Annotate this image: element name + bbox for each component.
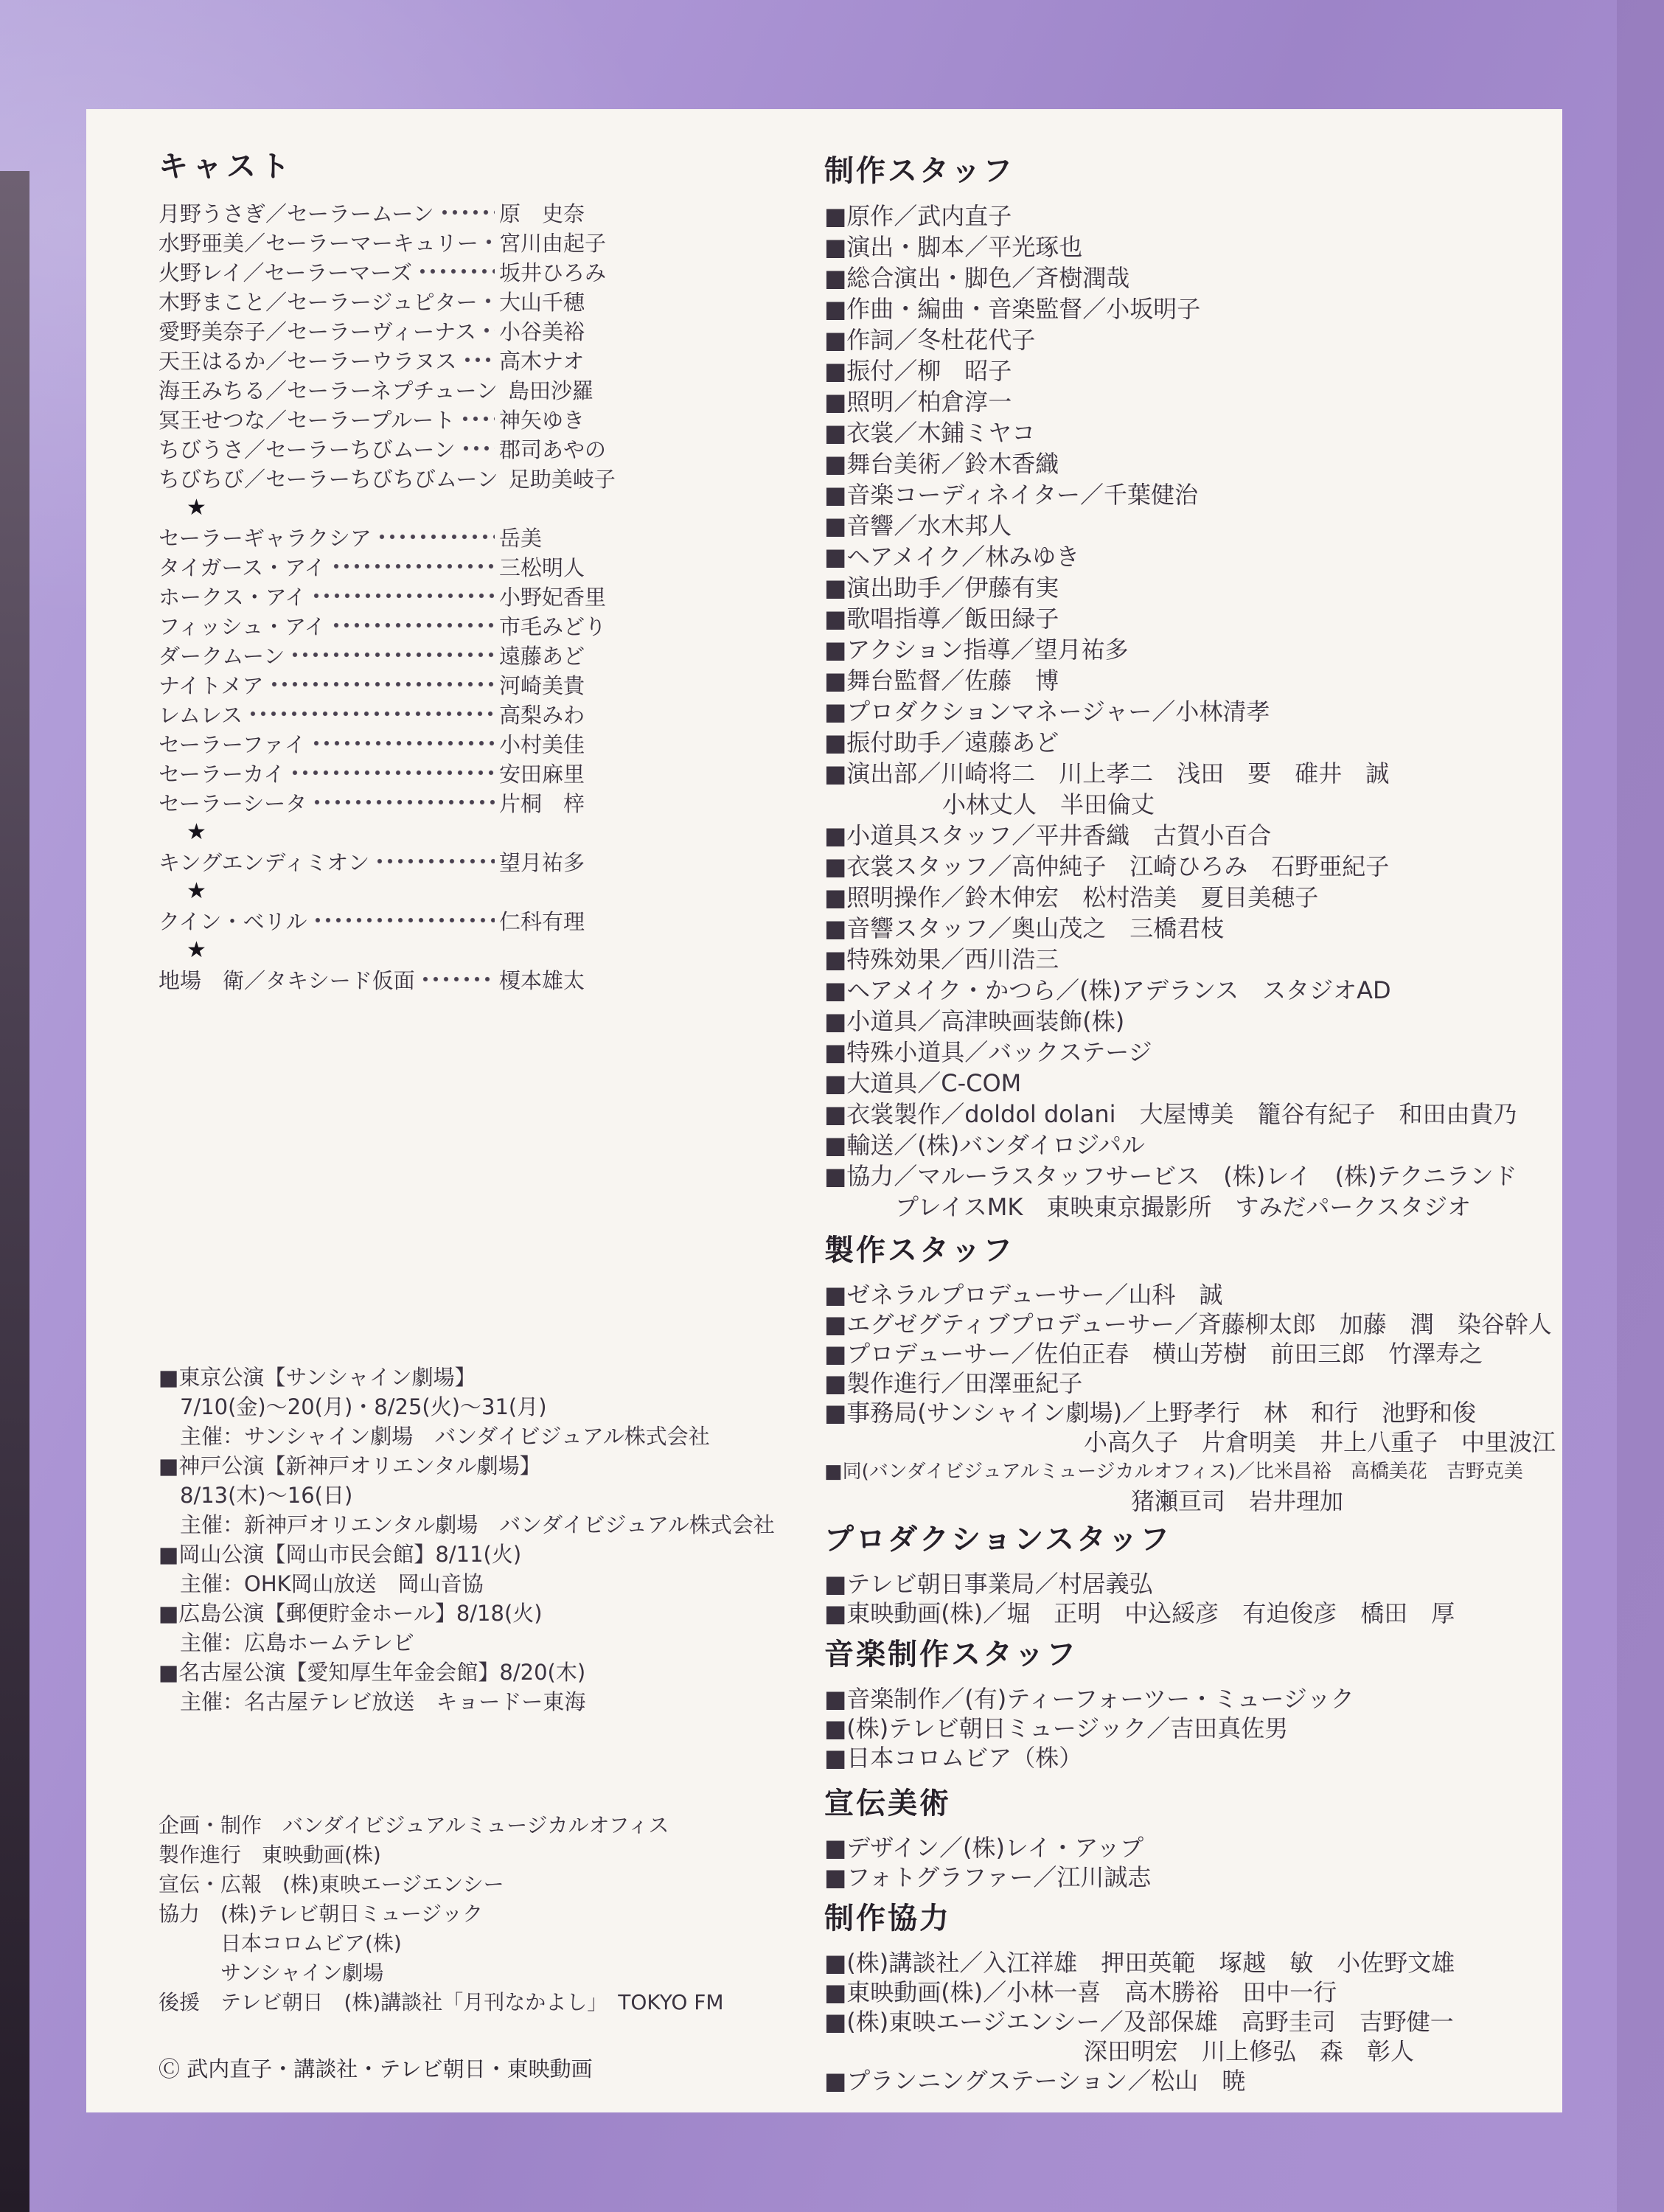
dot-leader [248,709,495,718]
cast-role: セーラーシータ [159,787,307,818]
text-line: 協力 (株)テレビ朝日ミュージック [159,1899,822,1929]
text-line: ■製作進行／田澤亜紀子 [824,1368,1573,1398]
text-line: ■舞台美術／鈴木香織 [824,448,1573,479]
text-line: ■振付／柳 昭子 [824,355,1573,386]
cast-row: ホークス・アイ小野妃香里 [159,581,651,611]
dot-leader [377,532,495,541]
star-separator: ★ [159,935,651,964]
text-line: ■プロダクションマネージャー／小林清孝 [824,696,1573,727]
cast-actor-name: 神矢ゆき [499,404,651,434]
cast-role: ダークムーン [159,640,285,670]
text-line: 日本コロムビア(株) [159,1929,822,1958]
cast-row: ちびちび／セーラーちびちびムーン足助美岐子 [159,463,651,493]
cast-actor-name: 小野妃香里 [499,581,651,611]
text-line: サンシャイン劇場 [159,1958,822,1988]
cast-row: ナイトメア河崎美貴 [159,669,651,699]
section-production-cooperation: 制作協力 ■(株)講談社／入江祥雄 押田英範 塚越 敏 小佐野文雄■東映動画(株… [824,1904,1573,2096]
section-lines: ■音楽制作／(有)ティーフォーツー・ミュージック■(株)テレビ朝日ミュージック／… [824,1684,1573,1773]
text-line: ■原作／武内直子 [824,201,1573,232]
cast-role: セーラーギャラクシア [159,522,372,552]
cast-actor-name: 宮川由起子 [499,227,651,257]
text-line: ■岡山公演【岡山市民会館】8/11(火) [159,1540,822,1569]
cast-actor-name: 郡司あやの [499,434,651,464]
performances-section: ■東京公演【サンシャイン劇場】 7/10(金)〜20(月)・8/25(火)〜31… [159,1363,822,1717]
dot-leader [484,237,495,246]
cast-actor-name: 三松明人 [499,552,651,582]
section-producing-staff: 製作スタッフ ■ゼネラルプロデューサー／山科 誠■エグゼグティブプロデューサー／… [824,1236,1573,1516]
text-line: ■協力／マルーラスタッフサービス (株)レイ (株)テクニランド [824,1161,1573,1192]
text-line: ■(株)講談社／入江祥雄 押田英範 塚越 敏 小佐野文雄 [824,1948,1573,1978]
cast-role: ナイトメア [159,669,264,700]
text-line: ■神戸公演【新神戸オリエンタル劇場】 [159,1451,822,1481]
text-line: ■(株)東映エージエンシー／及部保雄 高野圭司 吉野健一 [824,2007,1573,2037]
cast-row: クイン・ベリル仁科有理 [159,905,651,935]
text-line: ■プロデューサー／佐伯正春 横山芳樹 前田三郎 竹澤寿之 [824,1339,1573,1368]
section-title: 宣伝美術 [824,1789,1573,1818]
text-line: ■東映動画(株)／小林一喜 高木勝裕 田中一行 [824,1978,1573,2007]
text-line: ■小道具／高津映画装飾(株) [824,1006,1573,1037]
section-music-staff: 音楽制作スタッフ ■音楽制作／(有)ティーフォーツー・ミュージック■(株)テレビ… [824,1640,1573,1773]
text-line: ■舞台監督／佐藤 博 [824,665,1573,696]
text-line: 小高久子 片倉明美 井上八重子 中里波江 [824,1427,1573,1457]
cast-actor-name: 榎本雄太 [499,964,651,995]
text-line: ■輸送／(株)バンダイロジパル [824,1130,1573,1161]
cast-actor-name: 仁科有理 [499,905,651,936]
text-line: ■テレビ朝日事業局／村居義弘 [824,1569,1573,1599]
cast-role: ホークス・アイ [159,581,306,611]
production-credits-section: 企画・制作 バンダイビジュアルミュージカルオフィス製作進行 東映動画(株)宣伝・… [159,1811,822,2017]
dot-leader [270,680,495,689]
cast-role: 愛野美奈子／セーラーヴィーナス [159,316,476,346]
section-lines: ■(株)講談社／入江祥雄 押田英範 塚越 敏 小佐野文雄■東映動画(株)／小林一… [824,1948,1573,2096]
section-title: 制作協力 [824,1904,1573,1933]
cast-row: セーラーギャラクシア岳美 [159,522,651,552]
text-line: ■衣裳製作／doldol dolani 大屋博美 籠谷有紀子 和田由貴乃 [824,1099,1573,1130]
cast-row: 月野うさぎ／セーラームーン原 史奈 [159,198,651,227]
text-line: 製作進行 東映動画(株) [159,1840,822,1870]
text-line: ■総合演出・脚色／斉樹潤哉 [824,262,1573,293]
dot-leader [462,444,495,453]
right-shade-strip [1617,0,1664,2212]
cast-role: ちびうさ／セーラーちびムーン [159,434,456,464]
cast-section: キャスト 月野うさぎ／セーラームーン原 史奈水野亜美／セーラーマーキュリー宮川由… [159,152,651,994]
cast-list: 月野うさぎ／セーラームーン原 史奈水野亜美／セーラーマーキュリー宮川由起子火野レ… [159,198,651,994]
text-line: ■衣裳／木鋪ミヤコ [824,417,1573,448]
cast-row: セーラーファイ小村美佳 [159,728,651,758]
dot-leader [332,562,495,571]
section-lines: ■原作／武内直子■演出・脚本／平光琢也■総合演出・脚色／斉樹潤哉■作曲・編曲・音… [824,201,1573,1222]
cast-actor-name: 島田沙羅 [508,375,651,405]
dot-leader [461,414,495,423]
copyright-line: Ⓒ 武内直子・講談社・テレビ朝日・東映動画 [159,2053,822,2083]
dot-leader [290,768,495,777]
text-line: 主催：OHK岡山放送 岡山音協 [159,1569,822,1599]
text-line: ■音響スタッフ／奥山茂之 三橋君枝 [824,913,1573,944]
cast-row: フィッシュ・アイ市毛みどり [159,611,651,640]
text-line: 猪瀬亘司 岩井理加 [824,1486,1573,1516]
cast-title: キャスト [159,152,651,181]
text-line: ■ヘアメイク／林みゆき [824,541,1573,572]
cast-row: 火野レイ／セーラーマーズ坂井ひろみ [159,257,651,286]
star-separator: ★ [159,493,651,522]
dot-leader [312,739,495,748]
cast-role: セーラーファイ [159,728,306,759]
cast-row: セーラーカイ安田麻里 [159,758,651,787]
cast-role: キングエンディミオン [159,846,369,877]
cast-actor-name: 安田麻里 [499,758,651,788]
star-separator: ★ [159,817,651,846]
text-line: ■広島公演【郵便貯金ホール】8/18(火) [159,1599,822,1628]
text-line: ■歌唱指導／飯田緑子 [824,603,1573,634]
text-line: 主催：サンシャイン劇場 バンダイビジュアル株式会社 [159,1422,822,1451]
cast-role: 海王みちる／セーラーネプチューン [159,375,498,405]
cast-role: セーラーカイ [159,758,285,788]
cast-actor-name: 小村美佳 [499,728,651,759]
cast-role: 火野レイ／セーラーマーズ [159,257,412,287]
text-line: ■振付助手／遠藤あど [824,727,1573,758]
text-line: ■音楽コーディネイター／千葉健治 [824,479,1573,510]
cast-role: 木野まこと／セーラージュピター [159,286,478,316]
cast-row: ちびうさ／セーラーちびムーン郡司あやの [159,434,651,463]
section-production-company-staff: プロダクションスタッフ ■テレビ朝日事業局／村居義弘■東映動画(株)／堀 正明 … [824,1525,1573,1628]
text-line: ■演出・脚本／平光琢也 [824,232,1573,262]
text-line: 7/10(金)〜20(月)・8/25(火)〜31(月) [159,1392,822,1422]
cast-row: 愛野美奈子／セーラーヴィーナス小谷美裕 [159,316,651,345]
cast-actor-name: 望月祐多 [499,846,651,877]
text-line: ■プランニングステーション／松山 暁 [824,2066,1573,2096]
section-title: 製作スタッフ [824,1236,1573,1265]
text-line: ■特殊効果／西川浩三 [824,944,1573,975]
text-line: 深田明宏 川上修弘 森 彰人 [824,2037,1573,2066]
text-line: ■ヘアメイク・かつら／(株)アデランス スタジオAD [824,975,1573,1006]
dot-leader [421,975,495,984]
text-line: 企画・制作 バンダイビジュアルミュージカルオフィス [159,1811,822,1840]
section-lines: ■デザイン／(株)レイ・アップ■フォトグラファー／江川誠志 [824,1833,1573,1892]
cast-role: ちびちび／セーラーちびちびムーン [159,463,498,493]
cast-role: 冥王せつな／セーラープルート [159,404,455,434]
text-line: 8/13(木)〜16(日) [159,1481,822,1510]
dot-leader [484,296,495,305]
white-page: キャスト 月野うさぎ／セーラームーン原 史奈水野亜美／セーラーマーキュリー宮川由… [86,109,1562,2112]
cast-actor-name: 足助美岐子 [509,463,651,493]
text-line: 主催：広島ホームテレビ [159,1628,822,1658]
cast-actor-name: 市毛みどり [499,611,651,641]
cast-row: キングエンディミオン望月祐多 [159,846,651,876]
program-credits-page: キャスト 月野うさぎ／セーラームーン原 史奈水野亜美／セーラーマーキュリー宮川由… [0,0,1664,2212]
text-line: ■演出部／川崎将二 川上孝二 浅田 要 碓井 誠 [824,758,1573,789]
cast-row: 地場 衛／タキシード仮面榎本雄太 [159,964,651,994]
section-production-staff: 制作スタッフ ■原作／武内直子■演出・脚本／平光琢也■総合演出・脚色／斉樹潤哉■… [824,156,1573,1222]
section-title: 音楽制作スタッフ [824,1640,1573,1669]
text-line: ■作曲・編曲・音楽監督／小坂明子 [824,293,1573,324]
text-line: ■(株)テレビ朝日ミュージック／吉田真佐男 [824,1714,1573,1743]
star-separator: ★ [159,876,651,905]
cast-role: タイガース・アイ [159,552,326,582]
text-line: ■作詞／冬杜花代子 [824,324,1573,355]
dot-leader [290,650,495,659]
text-line: ■小道具スタッフ／平井香織 古賀小百合 [824,820,1573,851]
cast-row: タイガース・アイ三松明人 [159,552,651,581]
text-line: 主催：新神戸オリエンタル劇場 バンダイビジュアル株式会社 [159,1510,822,1540]
text-line: ■ゼネラルプロデューサー／山科 誠 [824,1280,1573,1310]
text-line: ■音響／水木邦人 [824,510,1573,541]
cast-row: レムレス高梨みわ [159,699,651,728]
text-line: ■特殊小道具／バックステージ [824,1037,1573,1068]
cast-role: 月野うさぎ／セーラームーン [159,198,434,228]
cast-actor-name: 原 史奈 [499,198,651,228]
dot-leader [312,591,495,600]
text-line: ■音楽制作／(有)ティーフォーツー・ミュージック [824,1684,1573,1714]
dot-leader [482,326,495,335]
cast-role: クイン・ベリル [159,905,307,936]
section-advertising-art: 宣伝美術 ■デザイン／(株)レイ・アップ■フォトグラファー／江川誠志 [824,1789,1573,1892]
cast-actor-name: 遠藤あど [499,640,651,670]
cast-actor-name: 河崎美貴 [499,669,651,700]
text-line: ■東映動画(株)／堀 正明 中込綏彦 有迫俊彦 橋田 厚 [824,1599,1573,1628]
text-line: ■照明操作／鈴木伸宏 松村浩美 夏目美穂子 [824,882,1573,913]
cast-row: 冥王せつな／セーラープルート神矢ゆき [159,404,651,434]
section-lines: ■テレビ朝日事業局／村居義弘■東映動画(株)／堀 正明 中込綏彦 有迫俊彦 橋田… [824,1569,1573,1628]
cast-row: セーラーシータ片桐 梓 [159,787,651,817]
text-line: ■演出助手／伊藤有実 [824,572,1573,603]
dot-leader [418,267,495,276]
text-line: ■大道具／C-COM [824,1068,1573,1099]
text-line: 宣伝・広報 (株)東映エージエンシー [159,1870,822,1899]
text-line: プレイスMK 東映東京撮影所 すみだパークスタジオ [824,1192,1573,1222]
cast-actor-name: 岳美 [499,522,651,552]
text-line: 主催：名古屋テレビ放送 キョードー東海 [159,1687,822,1717]
section-lines: ■ゼネラルプロデューサー／山科 誠■エグゼグティブプロデューサー／斉藤柳太郎 加… [824,1280,1573,1516]
cast-row: ダークムーン遠藤あど [159,640,651,669]
cast-actor-name: 高木ナオ [499,345,651,375]
cast-role: レムレス [159,699,243,729]
text-line: ■エグゼグティブプロデューサー／斉藤柳太郎 加藤 潤 染谷幹人 [824,1310,1573,1339]
text-line: ■同(バンダイビジュアルミュージカルオフィス)／比米昌裕 高橋美花 吉野克美 [824,1457,1573,1486]
text-line: 後援 テレビ朝日 (株)講談社「月刊なかよし」 TOKYO FM [159,1988,822,2017]
text-line: ■フォトグラファー／江川誠志 [824,1863,1573,1892]
dot-leader [313,798,495,807]
cast-role: 天王はるか／セーラーウラヌス [159,345,457,375]
text-line: ■アクション指導／望月祐多 [824,634,1573,665]
dot-leader [313,916,495,925]
text-line: ■日本コロムビア（株） [824,1743,1573,1773]
dot-leader [375,857,495,866]
text-line: ■衣裳スタッフ／高仲純子 江崎ひろみ 石野亜紀子 [824,851,1573,882]
cast-actor-name: 片桐 梓 [499,787,651,818]
cast-actor-name: 坂井ひろみ [499,257,651,287]
cast-row: 天王はるか／セーラーウラヌス高木ナオ [159,345,651,375]
text-line: ■東京公演【サンシャイン劇場】 [159,1363,822,1392]
left-dark-strip [0,171,29,2212]
dot-leader [463,355,495,364]
cast-role: 水野亜美／セーラーマーキュリー [159,227,478,257]
section-title: プロダクションスタッフ [824,1525,1573,1554]
cast-row: 木野まこと／セーラージュピター大山千穂 [159,286,651,316]
cast-actor-name: 小谷美裕 [499,316,651,346]
cast-actor-name: 高梨みわ [499,699,651,729]
cast-row: 海王みちる／セーラーネプチューン島田沙羅 [159,375,651,404]
dot-leader [332,621,495,630]
section-title: 制作スタッフ [824,156,1573,186]
text-line: ■事務局(サンシャイン劇場)／上野孝行 林 和行 池野和俊 [824,1398,1573,1427]
dot-leader [440,208,495,217]
text-line: ■名古屋公演【愛知厚生年金会館】8/20(木) [159,1658,822,1687]
text-line: 小林丈人 半田倫丈 [824,789,1573,820]
text-line: ■照明／柏倉淳一 [824,386,1573,417]
cast-role: フィッシュ・アイ [159,611,326,641]
cast-row: 水野亜美／セーラーマーキュリー宮川由起子 [159,227,651,257]
cast-role: 地場 衛／タキシード仮面 [159,964,415,995]
cast-actor-name: 大山千穂 [499,286,651,316]
text-line: ■デザイン／(株)レイ・アップ [824,1833,1573,1863]
